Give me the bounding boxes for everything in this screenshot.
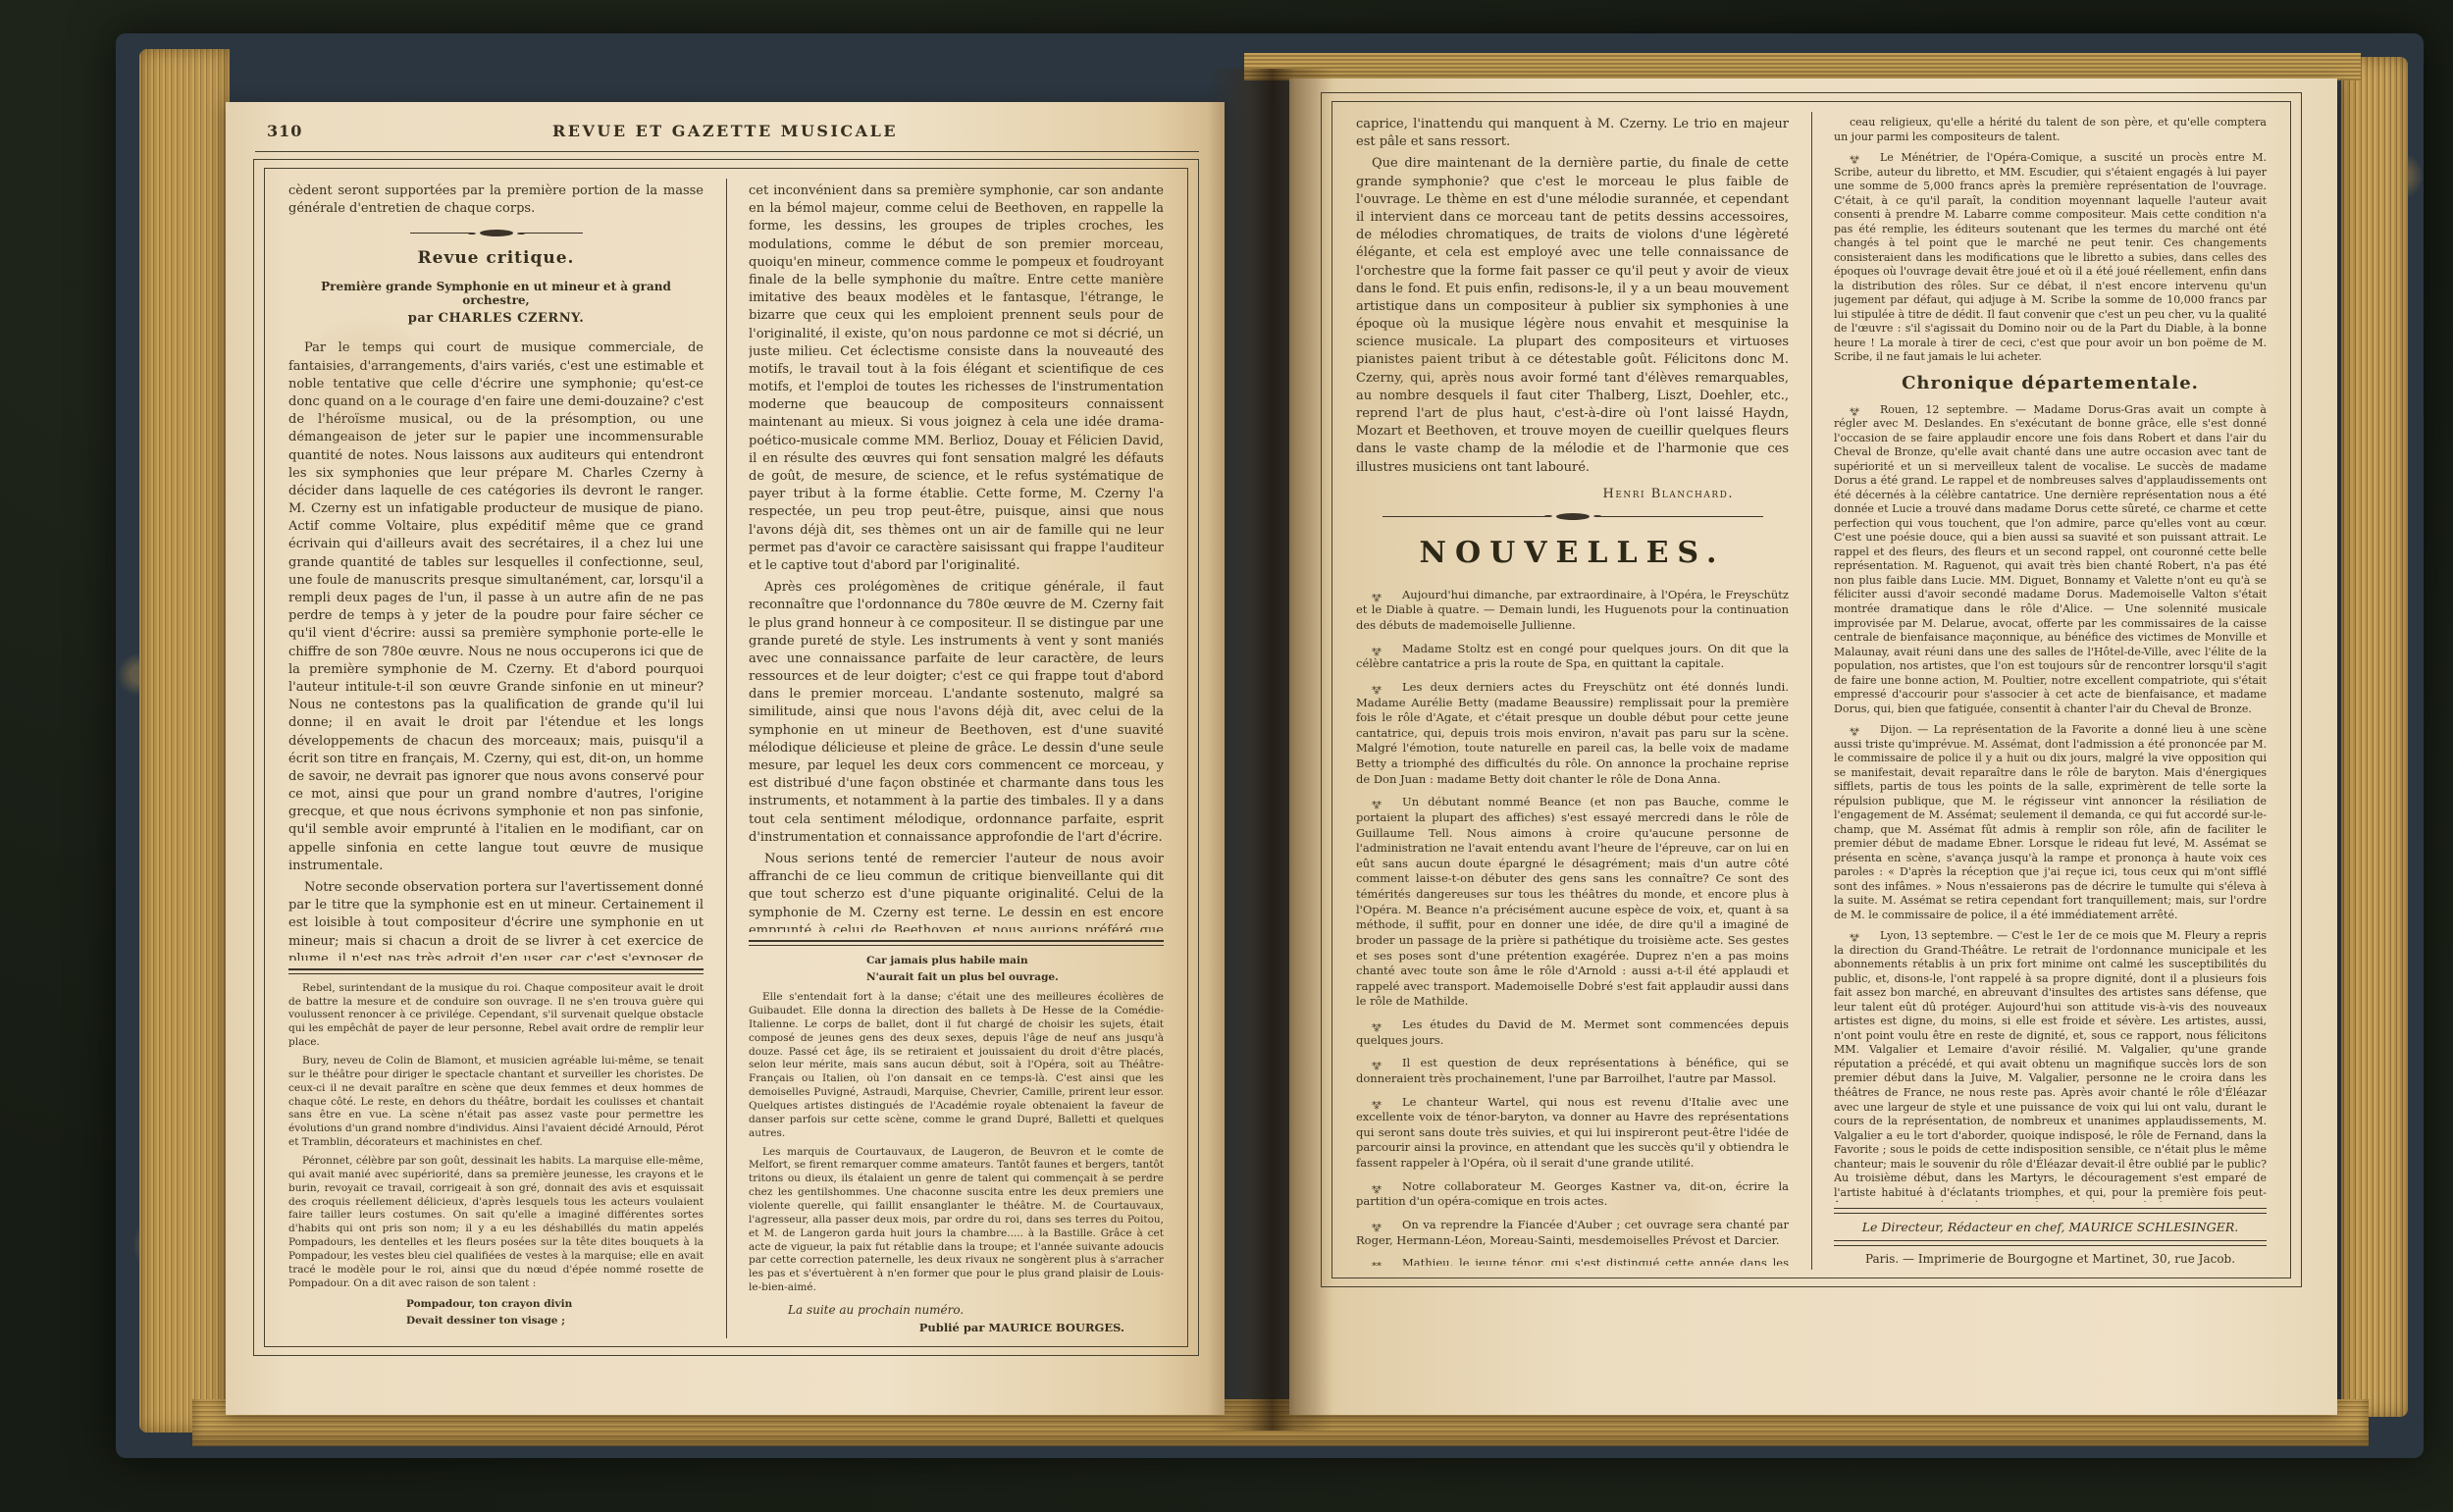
chronicle-item: ⁂Rouen, 12 septembre. — Madame Dorus-Gra… [1834, 403, 2267, 716]
asterism-icon: ⁂ [1850, 152, 1875, 165]
journal-masthead: REVUE ET GAZETTE MUSICALE [255, 122, 1195, 140]
verse-line: N'aurait fait un plus bel ouvrage. [866, 970, 1164, 985]
chronicle-item: ⁂Dijon. — La représentation de la Favori… [1834, 723, 2267, 922]
paragraph: Par le temps qui court de musique commer… [288, 339, 704, 875]
footnote-paragraph: Bury, neveu de Colin de Blamont, et musi… [288, 1055, 704, 1150]
right-page-column-2: ceau religieux, qu'elle a hérité du tale… [1834, 116, 2267, 1266]
paragraph: caprice, l'inattendu qui manquent à M. C… [1356, 116, 1789, 151]
page-header: 310 REVUE ET GAZETTE MUSICALE [255, 122, 1195, 147]
verse-line: Pompadour, ton crayon divin [406, 1297, 704, 1312]
asterism-icon: ⁂ [1372, 1097, 1397, 1111]
news-item: ⁂Aujourd'hui dimanche, par extraordinair… [1356, 588, 1789, 634]
asterism-icon: ⁂ [1372, 1019, 1397, 1033]
page-stack-edge-right [2341, 57, 2408, 1417]
paragraph: cèdent seront supportées par la première… [288, 182, 704, 218]
asterism-icon: ⁂ [1850, 724, 1875, 737]
news-item: ⁂Un débutant nommé Beance (et non pas Ba… [1356, 795, 1789, 1010]
footnote-paragraph: Les marquis de Courtauvaux, de Laugeron,… [749, 1146, 1164, 1295]
asterism-icon: ⁂ [1372, 644, 1397, 657]
page-stack-edge-left [139, 49, 230, 1433]
paragraph: Nous serions tenté de remercier l'auteur… [749, 851, 1164, 932]
right-page-frame: caprice, l'inattendu qui manquent à M. C… [1321, 92, 2302, 1287]
footnote-paragraph: Rebel, surintendant de la musique du roi… [288, 982, 704, 1050]
paragraph: cet inconvénient dans sa première sympho… [749, 182, 1164, 575]
page-footer-block: Le Directeur, Rédacteur en chef, MAURICE… [1834, 1202, 2267, 1266]
news-item: ⁂Il est question de deux représentations… [1356, 1056, 1789, 1086]
paragraph: Après ces prolégomènes de critique génér… [749, 579, 1164, 847]
asterism-icon: ⁂ [1850, 404, 1875, 417]
news-section-heading: NOUVELLES. [1356, 536, 1789, 570]
left-page-frame: cèdent seront supportées par la première… [253, 159, 1199, 1356]
article-author-line: par CHARLES CZERNY. [288, 311, 704, 326]
to-be-continued-note: La suite au prochain numéro. [788, 1303, 1164, 1317]
asterism-icon: ⁂ [1372, 1058, 1397, 1071]
footnote-paragraph: Péronnet, célèbre par son goût, dessinai… [288, 1155, 704, 1291]
news-item: ⁂Le chanteur Wartel, qui nous est revenu… [1356, 1095, 1789, 1172]
asterism-icon: ⁂ [1372, 1181, 1397, 1195]
feuilleton-footnote-block: Car jamais plus habile main N'aurait fai… [749, 932, 1164, 1334]
author-signature: Henri Blanchard. [1356, 487, 1789, 501]
paragraph: Que dire maintenant de la dernière parti… [1356, 155, 1789, 476]
asterism-icon: ⁂ [1372, 590, 1397, 603]
asterism-icon: ⁂ [1372, 682, 1397, 696]
left-page: 310 REVUE ET GAZETTE MUSICALE cèdent ser… [226, 102, 1225, 1415]
director-line: Le Directeur, Rédacteur en chef, MAURICE… [1834, 1220, 2267, 1234]
section-heading: Revue critique. [288, 248, 704, 268]
chronicle-item: ⁂Lyon, 13 septembre. — C'est le 1er de c… [1834, 929, 2267, 1202]
section-divider-ornament [1356, 513, 1789, 520]
news-item-continuation: ceau religieux, qu'elle a hérité du tale… [1834, 116, 2267, 144]
news-item: ⁂Madame Stoltz est en congé pour quelque… [1356, 642, 1789, 672]
left-page-column-1: cèdent seront supportées par la première… [288, 182, 704, 1334]
news-item: ⁂Les deux derniers actes du Freyschütz o… [1356, 680, 1789, 787]
right-page-inner-frame: caprice, l'inattendu qui manquent à M. C… [1331, 101, 2291, 1278]
news-item: ⁂Mathieu, le jeune ténor, qui s'est dist… [1356, 1256, 1789, 1266]
published-by-line: Publié par MAURICE BOURGES. [749, 1321, 1164, 1334]
asterism-icon: ⁂ [1372, 1258, 1397, 1266]
chronicle-section-heading: Chronique départementale. [1834, 373, 2267, 393]
section-divider-ornament [288, 230, 704, 236]
footer-rule [1834, 1240, 2267, 1246]
footnote-rule [288, 968, 704, 974]
left-page-column-2: cet inconvénient dans sa première sympho… [749, 182, 1164, 1334]
footnote-rule [749, 940, 1164, 946]
news-item: ⁂Le Ménétrier, de l'Opéra-Comique, a sus… [1834, 151, 2267, 365]
imprint-line: Paris. — Imprimerie de Bourgogne et Mart… [1834, 1252, 2267, 1266]
verse-line: Devait dessiner ton visage ; [406, 1314, 704, 1329]
verse-line: Car jamais plus habile main [866, 954, 1164, 968]
news-item: ⁂On va reprendre la Fiancée d'Auber ; ce… [1356, 1218, 1789, 1248]
asterism-icon: ⁂ [1372, 1220, 1397, 1233]
asterism-icon: ⁂ [1850, 930, 1875, 943]
article-subtitle: Première grande Symphonie en ut mineur e… [288, 280, 704, 307]
footer-rule [1834, 1208, 2267, 1214]
paragraph: Notre seconde observation portera sur l'… [288, 879, 704, 961]
right-page-column-1: caprice, l'inattendu qui manquent à M. C… [1356, 116, 1789, 1266]
news-item: ⁂Notre collaborateur M. Georges Kastner … [1356, 1179, 1789, 1210]
open-book: 310 REVUE ET GAZETTE MUSICALE cèdent ser… [116, 33, 2424, 1458]
left-page-inner-frame: cèdent seront supportées par la première… [264, 168, 1188, 1347]
page-stack-edge-top [1244, 53, 2361, 80]
feuilleton-footnote-block: Rebel, surintendant de la musique du roi… [288, 961, 704, 1334]
right-page: caprice, l'inattendu qui manquent à M. C… [1289, 78, 2337, 1415]
asterism-icon: ⁂ [1372, 797, 1397, 810]
footnote-paragraph: Elle s'entendait fort à la danse; c'étai… [749, 991, 1164, 1140]
news-item: ⁂Les études du David de M. Mermet sont c… [1356, 1017, 1789, 1048]
spindle-icon [1556, 513, 1590, 520]
spindle-icon [480, 230, 513, 236]
header-rule [255, 151, 1199, 152]
